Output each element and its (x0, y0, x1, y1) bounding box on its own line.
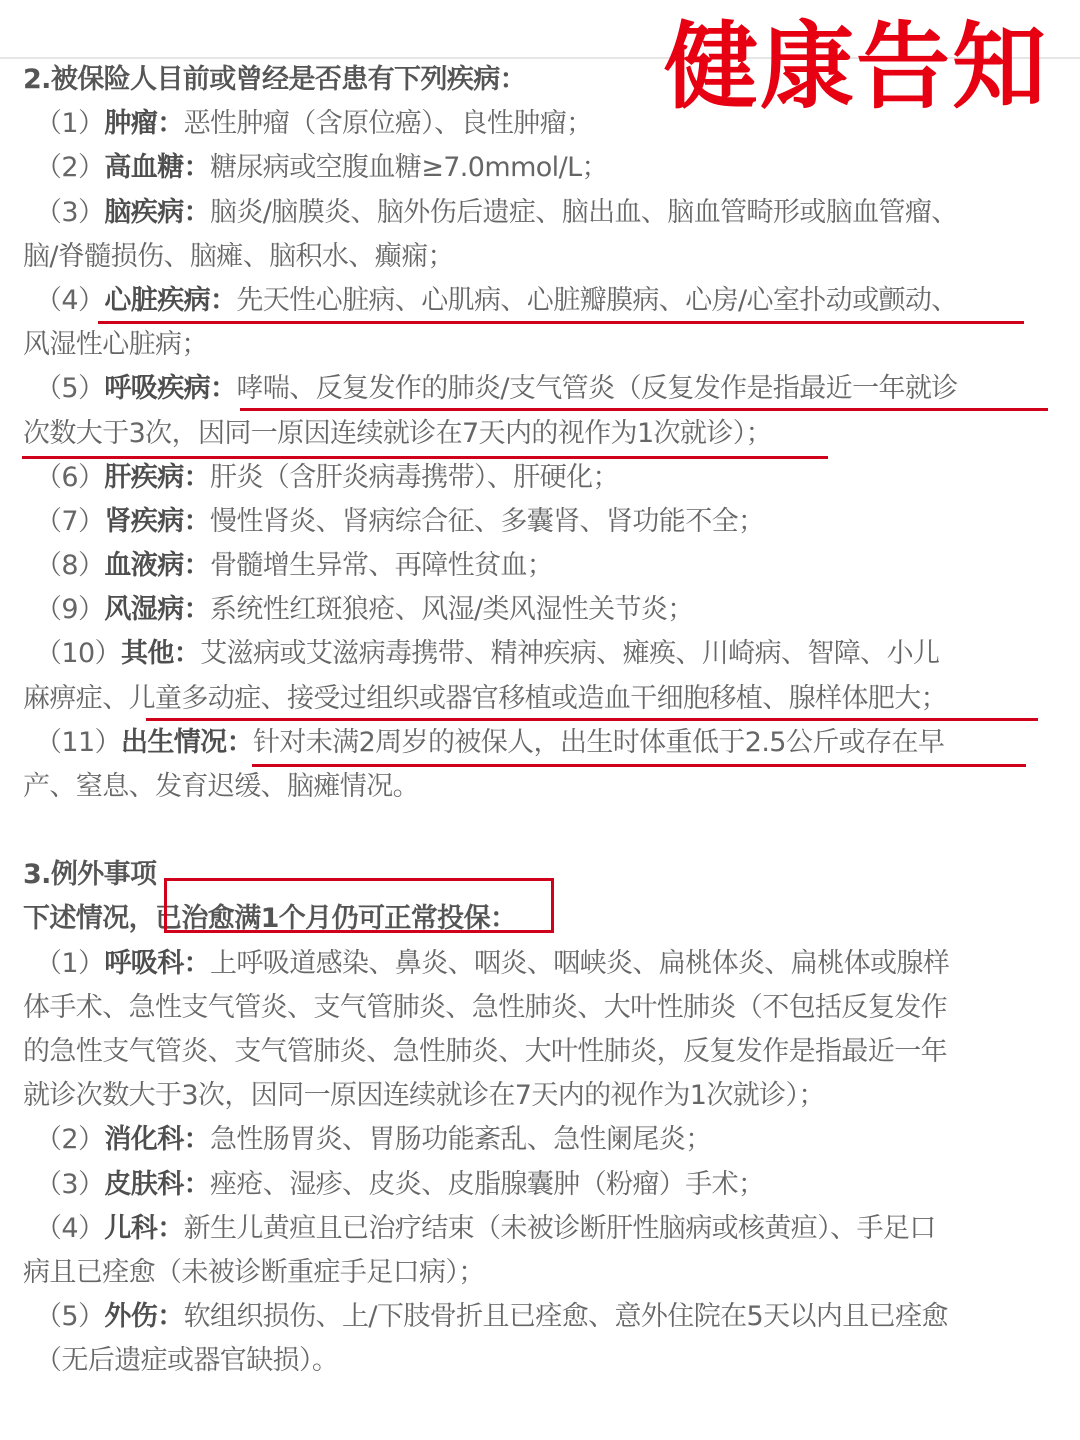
item-term: 其他： (121, 638, 200, 669)
disease-item-respiratory: （5）呼吸疾病：哮喘、反复发作的肺炎/支气管炎（反复发作是指最近一年就诊 (23, 367, 1063, 411)
item-number: （4） (35, 1213, 104, 1244)
item-number: （2） (35, 1124, 104, 1155)
item-desc: 哮喘、反复发作的肺炎/支气管炎（反复发作是指最近一年就诊 (236, 373, 957, 404)
item-term: 皮肤科： (104, 1169, 210, 1200)
item-desc: 急性肠胃炎、胃肠功能紊乱、急性阑尾炎； (210, 1124, 712, 1155)
disease-item-brain: （3）脑疾病：脑炎/脑膜炎、脑外伤后遗症、脑出血、脑血管畸形或脑血管瘤、 (23, 191, 1063, 235)
disease-item-other: （10）其他：艾滋病或艾滋病毒携带、精神疾病、瘫痪、川崎病、智障、小儿 (23, 632, 1063, 676)
item-term: 风湿病： (104, 594, 210, 625)
item-term: 脑疾病： (104, 197, 210, 228)
section-gap (23, 809, 1063, 853)
item-desc: 上呼吸道感染、鼻炎、咽炎、咽峡炎、扁桃体炎、扁桃体或腺样 (210, 948, 949, 979)
item-desc: 针对未满2周岁的被保人，出生时体重低于2.5公斤或存在早 (253, 727, 944, 758)
exception-item-digestive: （2）消化科：急性肠胃炎、胃肠功能紊乱、急性阑尾炎； (23, 1118, 1063, 1162)
item-number: （1） (35, 108, 104, 139)
item-number: （5） (35, 1301, 104, 1332)
item-desc: 系统性红斑狼疮、风湿/类风湿性关节炎； (210, 594, 694, 625)
item-term: 肿瘤： (104, 108, 183, 139)
item-number: （11） (35, 727, 121, 758)
item-desc-continued: 产、窒息、发育迟缓、脑瘫情况。 (23, 765, 1063, 809)
item-term: 肾疾病： (104, 506, 210, 537)
exception-item-dermatology: （3）皮肤科：痤疮、湿疹、皮炎、皮脂腺囊肿（粉瘤）手术； (23, 1163, 1063, 1207)
item-desc: 痤疮、湿疹、皮炎、皮脂腺囊肿（粉瘤）手术； (210, 1169, 764, 1200)
item-desc-continued: （无后遗症或器官缺损）。 (23, 1339, 1063, 1383)
item-desc-continued: 体手术、急性支气管炎、支气管肺炎、急性肺炎、大叶性肺炎（不包括反复发作 (23, 986, 1063, 1030)
item-term: 血液病： (104, 550, 210, 581)
item-desc-continued: 脑/脊髓损伤、脑瘫、脑积水、癫痫； (23, 235, 1063, 279)
highlight-underline-birth (252, 764, 1026, 767)
item-desc: 脑炎/脑膜炎、脑外伤后遗症、脑出血、脑血管畸形或脑血管瘤、 (210, 197, 958, 228)
highlight-underline-respiratory-2 (22, 456, 828, 459)
item-number: （2） (35, 152, 104, 183)
item-desc-continued: 次数大于3次，因同一原因连续就诊在7天内的视作为1次就诊）； (23, 412, 1063, 456)
item-number: （1） (35, 948, 104, 979)
disease-item-hyperglycemia: （2）高血糖：糖尿病或空腹血糖≥7.0mmol/L； (23, 146, 1063, 190)
disease-item-liver: （6）肝疾病：肝炎（含肝炎病毒携带）、肝硬化； (23, 456, 1063, 500)
disease-item-heart: （4）心脏疾病：先天性心脏病、心肌病、心脏瓣膜病、心房/心室扑动或颤动、 (23, 279, 1063, 323)
item-number: （8） (35, 550, 104, 581)
item-number: （5） (35, 373, 104, 404)
disease-item-blood: （8）血液病：骨髓增生异常、再障性贫血； (23, 544, 1063, 588)
item-term: 儿科： (104, 1213, 183, 1244)
item-desc: 先天性心脏病、心肌病、心脏瓣膜病、心房/心室扑动或颤动、 (236, 285, 957, 316)
section2-heading: 2.被保险人目前或曾经是否患有下列疾病： (23, 58, 1063, 102)
highlight-underline-heart (98, 321, 1024, 324)
item-desc: 慢性肾炎、肾病综合征、多囊肾、肾功能不全； (210, 506, 764, 537)
disease-item-tumor: （1）肿瘤：恶性肿瘤（含原位癌）、良性肿瘤； (23, 102, 1063, 146)
highlight-underline-respiratory-1 (240, 408, 1048, 411)
intro-prefix: 下述情况， (23, 903, 155, 934)
item-number: （6） (35, 462, 104, 493)
item-term: 肝疾病： (104, 462, 210, 493)
item-number: （3） (35, 197, 104, 228)
item-desc: 恶性肿瘤（含原位癌）、良性肿瘤； (184, 108, 593, 139)
exception-item-respiratory: （1）呼吸科：上呼吸道感染、鼻炎、咽炎、咽峡炎、扁桃体炎、扁桃体或腺样 (23, 942, 1063, 986)
item-desc: 软组织损伤、上/下肢骨折且已痊愈、意外住院在5天以内且已痊愈 (184, 1301, 948, 1332)
item-desc-continued: 麻痹症、儿童多动症、接受过组织或器官移植或造血干细胞移植、腺样体肥大； (23, 677, 1063, 721)
item-desc: 糖尿病或空腹血糖≥7.0mmol/L； (210, 152, 608, 183)
exception-item-trauma: （5）外伤：软组织损伤、上/下肢骨折且已痊愈、意外住院在5天以内且已痊愈 (23, 1295, 1063, 1339)
item-desc-continued: 就诊次数大于3次，因同一原因连续就诊在7天内的视作为1次就诊）； (23, 1074, 1063, 1118)
item-term: 呼吸疾病： (104, 373, 236, 404)
item-term: 高血糖： (104, 152, 210, 183)
item-desc-continued: 的急性支气管炎、支气管肺炎、急性肺炎、大叶性肺炎，反复发作是指最近一年 (23, 1030, 1063, 1074)
item-term: 外伤： (104, 1301, 183, 1332)
disease-item-birth: （11）出生情况：针对未满2周岁的被保人，出生时体重低于2.5公斤或存在早 (23, 721, 1063, 765)
item-number: （3） (35, 1169, 104, 1200)
disease-item-rheumatism: （9）风湿病：系统性红斑狼疮、风湿/类风湿性关节炎； (23, 588, 1063, 632)
item-term: 心脏疾病： (104, 285, 236, 316)
item-desc: 骨髓增生异常、再障性贫血； (210, 550, 553, 581)
item-number: （7） (35, 506, 104, 537)
item-number: （10） (35, 638, 121, 669)
disease-item-kidney: （7）肾疾病：慢性肾炎、肾病综合征、多囊肾、肾功能不全； (23, 500, 1063, 544)
item-desc: 肝炎（含肝炎病毒携带）、肝硬化； (210, 462, 619, 493)
item-number: （9） (35, 594, 104, 625)
item-term: 消化科： (104, 1124, 210, 1155)
item-desc: 新生儿黄疸且已治疗结束（未被诊断肝性脑病或核黄疸）、手足口 (184, 1213, 936, 1244)
highlight-underline-other (146, 718, 1038, 721)
exception-item-pediatrics: （4）儿科：新生儿黄疸且已治疗结束（未被诊断肝性脑病或核黄疸）、手足口 (23, 1207, 1063, 1251)
item-desc-continued: 风湿性心脏病； (23, 323, 1063, 367)
highlight-box-exception-condition (164, 878, 554, 933)
item-term: 出生情况： (121, 727, 253, 758)
item-desc-continued: 病且已痊愈（未被诊断重症手足口病）； (23, 1251, 1063, 1295)
item-term: 呼吸科： (104, 948, 210, 979)
item-desc: 艾滋病或艾滋病毒携带、精神疾病、瘫痪、川崎病、智障、小儿 (200, 638, 939, 669)
item-number: （4） (35, 285, 104, 316)
